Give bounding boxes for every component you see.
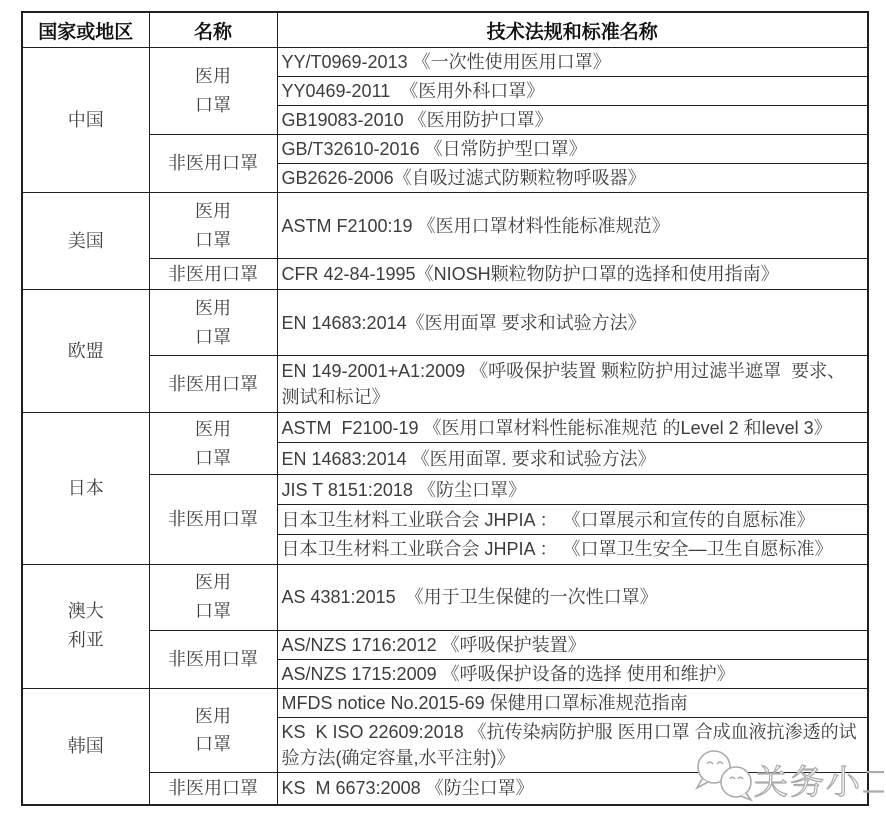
standard-cell: GB2626-2006《自吸过滤式防颗粒物呼吸器》 bbox=[277, 164, 868, 193]
standard-cell: AS/NZS 1716:2012 《呼吸保护装置》 bbox=[277, 630, 868, 659]
standard-cell: JIS T 8151:2018 《防尘口罩》 bbox=[277, 475, 868, 505]
mask-type-cell-non-medical: 非医用口罩 bbox=[149, 475, 277, 564]
mask-type-cell-medical: 医用 口罩 bbox=[149, 193, 277, 259]
col-header-country: 国家或地区 bbox=[22, 12, 149, 48]
mask-type-cell-non-medical: 非医用口罩 bbox=[149, 356, 277, 413]
header-row: 国家或地区 名称 技术法规和标准名称 bbox=[22, 12, 868, 48]
mask-type-cell-non-medical: 非医用口罩 bbox=[149, 630, 277, 688]
standard-cell: KS K ISO 22609:2018 《抗传染病防护服 医用口罩 合成血液抗渗… bbox=[277, 717, 868, 772]
standard-cell: YY0469-2011 《医用外科口罩》 bbox=[277, 77, 868, 106]
mask-type-cell-non-medical: 非医用口罩 bbox=[149, 773, 277, 805]
country-cell-china: 中国 bbox=[22, 48, 149, 193]
mask-type-cell-medical: 医用 口罩 bbox=[149, 564, 277, 630]
standard-cell: GB/T32610-2016 《日常防护型口罩》 bbox=[277, 135, 868, 164]
table-row: 非医用口罩 JIS T 8151:2018 《防尘口罩》 bbox=[22, 475, 868, 505]
standard-cell: EN 149-2001+A1:2009 《呼吸保护装置 颗粒防护用过滤半遮罩 要… bbox=[277, 356, 868, 413]
page: 国家或地区 名称 技术法规和标准名称 中国 医用 口罩 YY/T0969-201… bbox=[0, 0, 886, 818]
mask-type-cell-medical: 医用 口罩 bbox=[149, 413, 277, 475]
col-header-name: 名称 bbox=[149, 12, 277, 48]
standard-cell: 日本卫生材料工业联合会 JHPIA ： 《口罩卫生安全—卫生自愿标准》 bbox=[277, 535, 868, 564]
mask-type-cell-non-medical: 非医用口罩 bbox=[149, 135, 277, 193]
standard-cell: 日本卫生材料工业联合会 JHPIA ： 《口罩展示和宣传的自愿标准》 bbox=[277, 505, 868, 535]
table-row: 非医用口罩 EN 149-2001+A1:2009 《呼吸保护装置 颗粒防护用过… bbox=[22, 356, 868, 413]
table-row: 日本 医用 口罩 ASTM F2100-19 《医用口罩材料性能标准规范 的Le… bbox=[22, 413, 868, 443]
country-cell-japan: 日本 bbox=[22, 413, 149, 564]
standard-cell: EN 14683:2014《医用面罩 要求和试验方法》 bbox=[277, 290, 868, 356]
table-row: 非医用口罩 KS M 6673:2008 《防尘口罩》 bbox=[22, 773, 868, 805]
standard-cell: GB19083-2010 《医用防护口罩》 bbox=[277, 106, 868, 135]
standard-cell: ASTM F2100:19 《医用口罩材料性能标准规范》 bbox=[277, 193, 868, 259]
table-row: 澳大 利亚 医用 口罩 AS 4381:2015 《用于卫生保健的一次性口罩》 bbox=[22, 564, 868, 630]
standard-cell: YY/T0969-2013 《一次性使用医用口罩》 bbox=[277, 48, 868, 77]
standard-cell: AS/NZS 1715:2009 《呼吸保护设备的选择 使用和维护》 bbox=[277, 659, 868, 688]
table-row: 非医用口罩 CFR 42-84-1995《NIOSH颗粒物防护口罩的选择和使用指… bbox=[22, 259, 868, 290]
mask-type-cell-non-medical: 非医用口罩 bbox=[149, 259, 277, 290]
table-row: 中国 医用 口罩 YY/T0969-2013 《一次性使用医用口罩》 bbox=[22, 48, 868, 77]
standard-cell: ASTM F2100-19 《医用口罩材料性能标准规范 的Level 2 和le… bbox=[277, 413, 868, 443]
standard-cell: KS M 6673:2008 《防尘口罩》 bbox=[277, 773, 868, 805]
country-cell-usa: 美国 bbox=[22, 193, 149, 290]
mask-type-cell-medical: 医用 口罩 bbox=[149, 48, 277, 135]
country-cell-australia: 澳大 利亚 bbox=[22, 564, 149, 688]
table-row: 非医用口罩 GB/T32610-2016 《日常防护型口罩》 bbox=[22, 135, 868, 164]
standard-cell: AS 4381:2015 《用于卫生保健的一次性口罩》 bbox=[277, 564, 868, 630]
standards-table: 国家或地区 名称 技术法规和标准名称 中国 医用 口罩 YY/T0969-201… bbox=[21, 11, 869, 806]
standard-cell: EN 14683:2014 《医用面罩. 要求和试验方法》 bbox=[277, 443, 868, 475]
standard-cell: CFR 42-84-1995《NIOSH颗粒物防护口罩的选择和使用指南》 bbox=[277, 259, 868, 290]
country-cell-korea: 韩国 bbox=[22, 688, 149, 804]
standard-cell: MFDS notice No.2015-69 保健用口罩标准规范指南 bbox=[277, 688, 868, 717]
table-row: 韩国 医用 口罩 MFDS notice No.2015-69 保健用口罩标准规… bbox=[22, 688, 868, 717]
table-row: 欧盟 医用 口罩 EN 14683:2014《医用面罩 要求和试验方法》 bbox=[22, 290, 868, 356]
table-row: 美国 医用 口罩 ASTM F2100:19 《医用口罩材料性能标准规范》 bbox=[22, 193, 868, 259]
table-row: 非医用口罩 AS/NZS 1716:2012 《呼吸保护装置》 bbox=[22, 630, 868, 659]
mask-type-cell-medical: 医用 口罩 bbox=[149, 688, 277, 772]
country-cell-eu: 欧盟 bbox=[22, 290, 149, 413]
col-header-standard: 技术法规和标准名称 bbox=[277, 12, 868, 48]
mask-type-cell-medical: 医用 口罩 bbox=[149, 290, 277, 356]
